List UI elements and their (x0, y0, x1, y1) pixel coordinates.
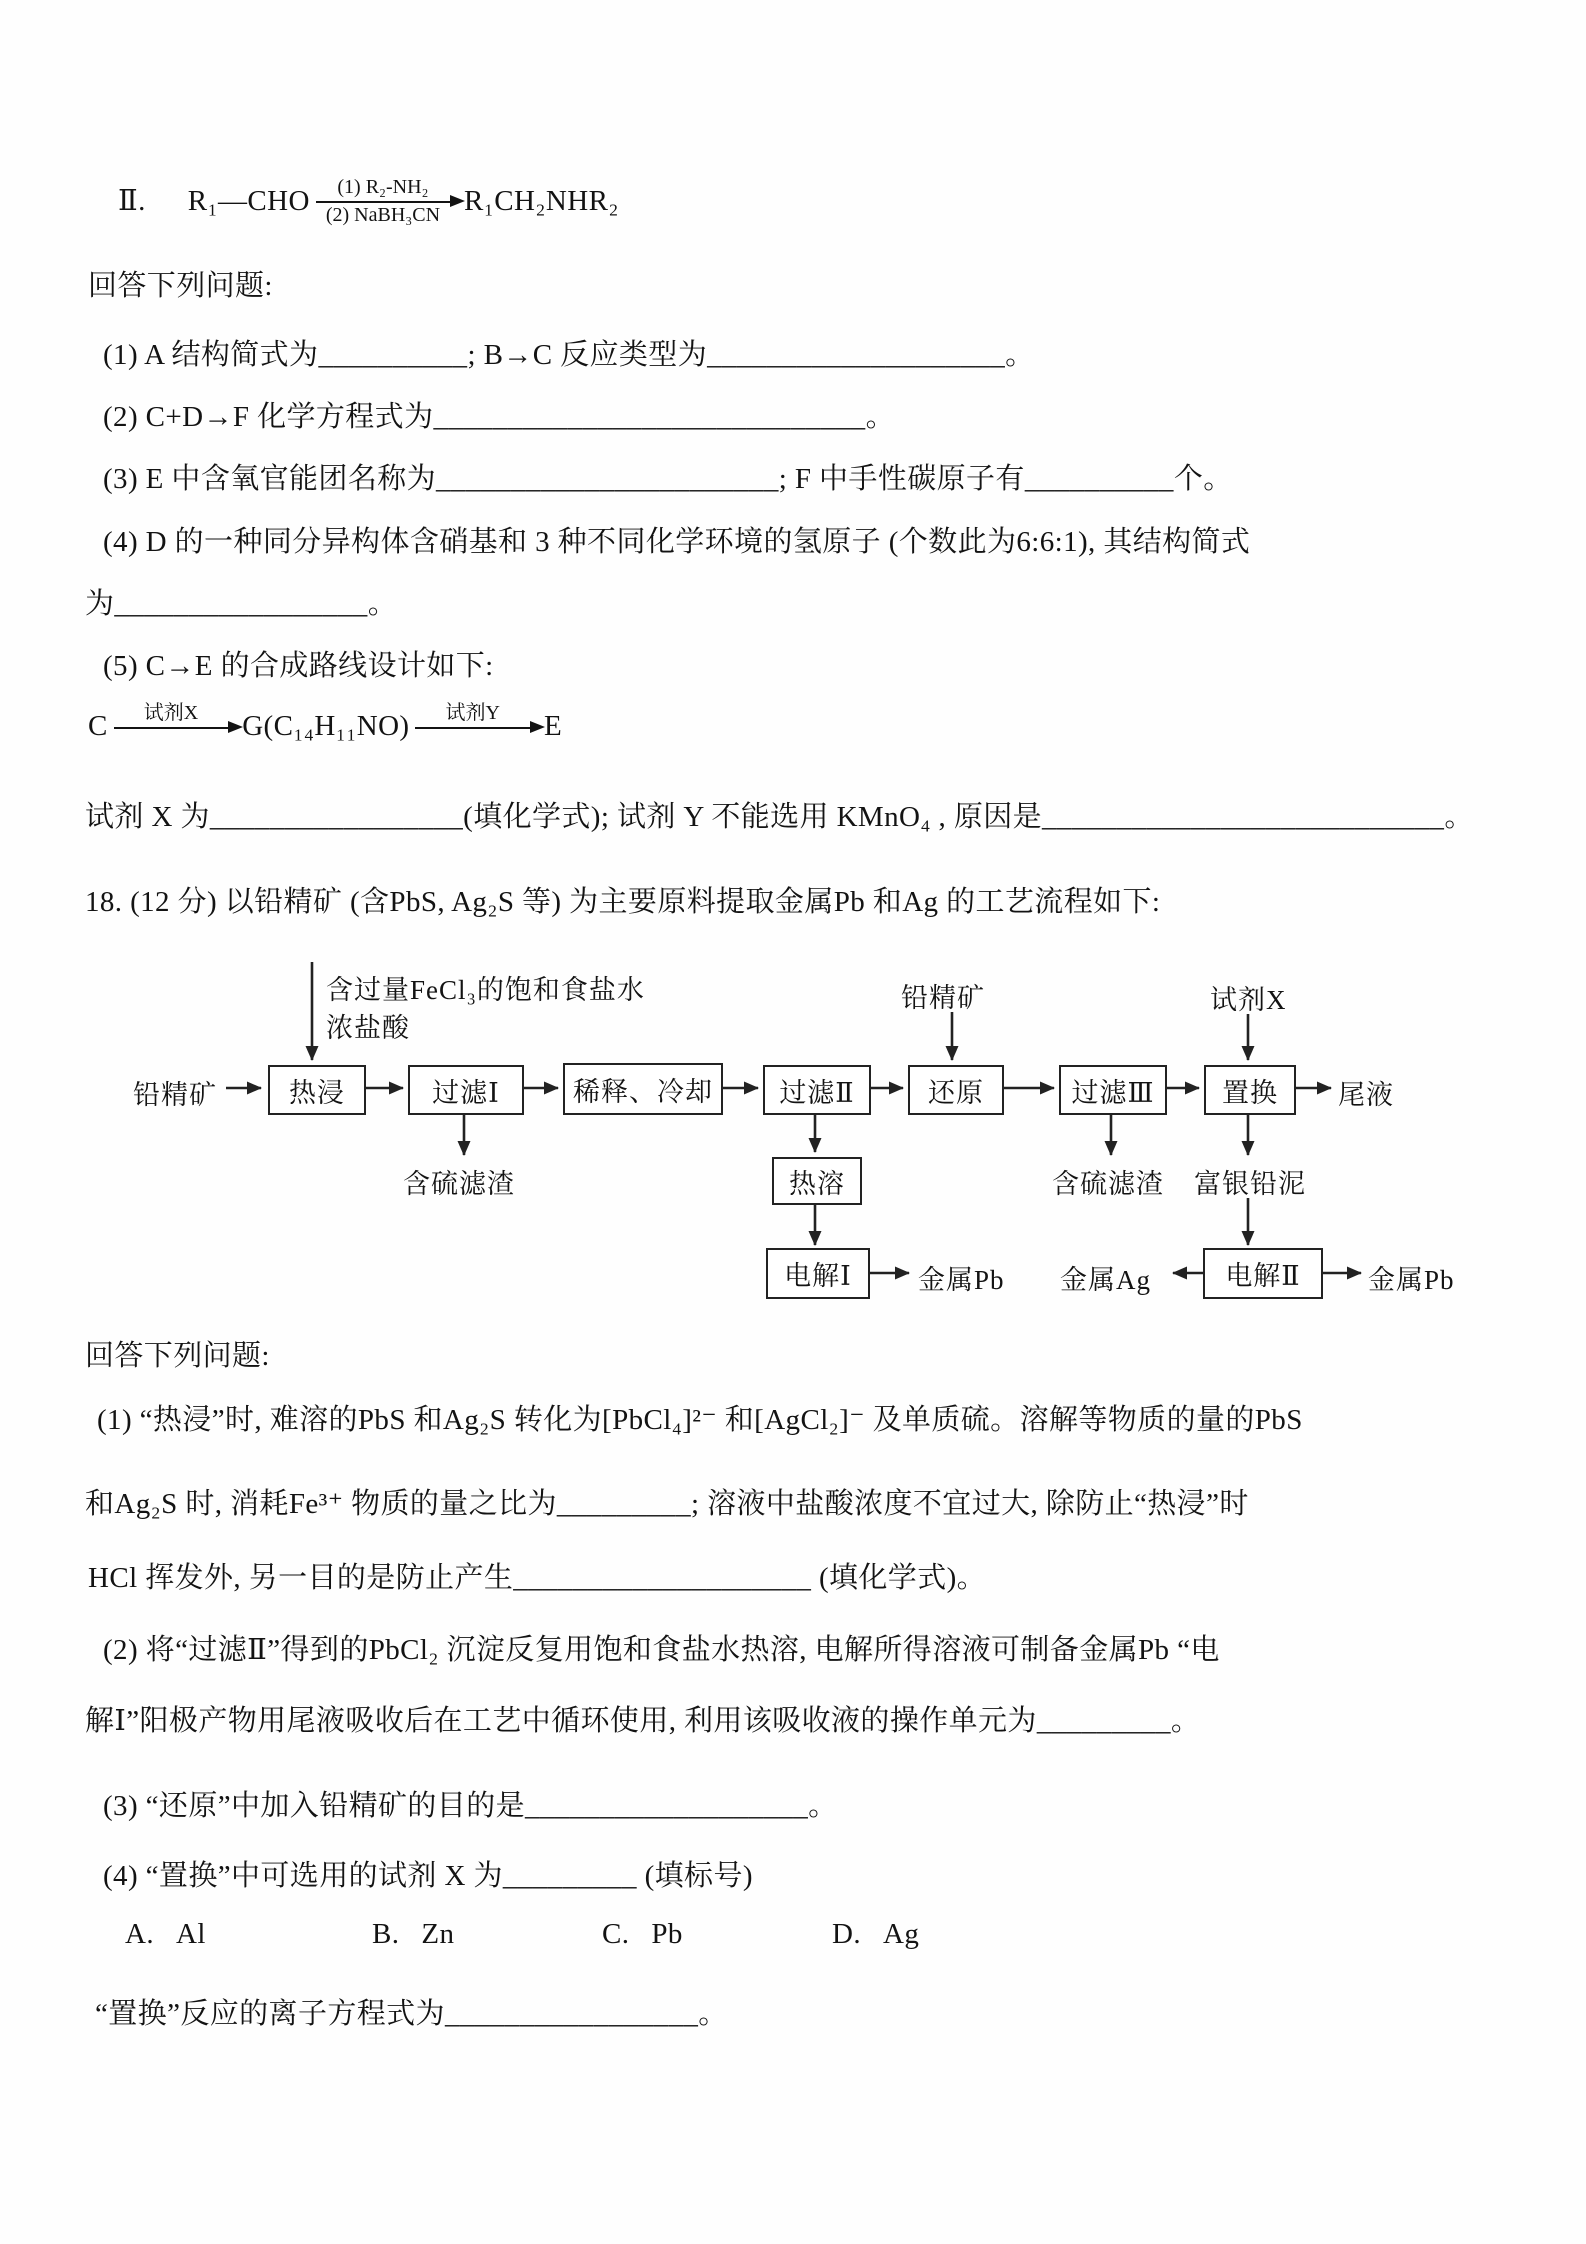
answer-prompt-17: 回答下列问题: (88, 268, 273, 304)
exam-page: Ⅱ. R₁—CHO (1) R₂-NH₂ (2) NaBH₃CN R₁CH₂NH… (0, 0, 1586, 2244)
option-b-label: Zn (421, 1916, 454, 1952)
question-17-1: (1) A 结构简式为__________; B→C 反应类型为________… (103, 337, 1035, 373)
question-17-4-line1: (4) D 的一种同分异构体含硝基和 3 种不同化学环境的氢原子 (个数此为6:… (103, 524, 1250, 560)
option-c-key: C. (602, 1916, 629, 1952)
flowchart-box-filter2: 过滤Ⅱ (763, 1065, 871, 1115)
scheme-label: Ⅱ. (118, 183, 146, 219)
option-a: A. Al (125, 1916, 206, 1952)
question-17-3: (3) E 中含氧官能团名称为_______________________; … (103, 461, 1233, 497)
reaction-arrow: (1) R₂-NH₂ (2) NaBH₃CN (316, 176, 450, 227)
question-18-1-line3: HCl 挥发外, 另一目的是防止产生____________________ (… (88, 1560, 986, 1596)
question-18-4: (4) “置换”中可选用的试剂 X 为_________ (填标号) (103, 1858, 753, 1894)
synthesis-start: C (88, 708, 108, 744)
question-18-1-line2: 和Ag₂S 时, 消耗Fe³⁺ 物质的量之比为_________; 溶液中盐酸浓… (85, 1486, 1249, 1522)
condition-top: (1) R₂-NH₂ (327, 176, 438, 199)
question-18-3: (3) “还原”中加入铅精矿的目的是___________________。 (103, 1788, 838, 1824)
flowchart-box-reduce: 还原 (908, 1065, 1004, 1115)
feed-lead-ore-label: 铅精矿 (133, 1073, 217, 1112)
scheme-product: R₁CH₂NHR₂ (464, 183, 619, 219)
arrow-shaft (415, 727, 529, 729)
question-18-2-line1: (2) 将“过滤Ⅱ”得到的PbCl₂ 沉淀反复用饱和食盐水热溶, 电解所得溶液可… (103, 1632, 1220, 1668)
question-17-5: (5) C→E 的合成路线设计如下: (103, 648, 494, 684)
reagent-xy-line: 试剂 X 为_________________(填化学式); 试剂 Y 不能选用… (85, 799, 1474, 835)
flowchart-box-replace: 置换 (1204, 1065, 1296, 1115)
metal-pb-label-2: 金属Pb (1368, 1258, 1455, 1297)
sulfur-residue-label-1: 含硫滤渣 (403, 1162, 515, 1201)
metal-ag-label: 金属Ag (1060, 1258, 1151, 1297)
arrow-shaft (114, 727, 228, 729)
reagent-y-label: 试剂Y (415, 702, 529, 725)
process-flowchart: 铅精矿 含过量FeCl₃的饱和食盐水 浓盐酸 铅精矿 试剂X 尾液 含硫滤渣 含… (0, 950, 1586, 1315)
option-d-label: Ag (883, 1916, 919, 1952)
options-row: A. Al B. Zn C. Pb D. Ag (125, 1916, 1025, 1958)
answer-prompt-18: 回答下列问题: (85, 1338, 270, 1374)
question-18-5: “置换”反应的离子方程式为_________________。 (95, 1996, 728, 2032)
condition-bottom: (2) NaBH₃CN (316, 204, 450, 227)
synthesis-intermediate: G(C₁₄H₁₁NO) (242, 708, 409, 744)
sulfur-residue-label-2: 含硫滤渣 (1052, 1162, 1164, 1201)
feed-lead-ore-reduce-label: 铅精矿 (901, 976, 985, 1015)
flowchart-box-hot-dissolve: 热溶 (772, 1157, 862, 1205)
flowchart-box-electrolysis1: 电解Ⅰ (766, 1248, 870, 1299)
metal-pb-label-1: 金属Pb (918, 1258, 1005, 1297)
question-17-2: (2) C+D→F 化学方程式为________________________… (103, 399, 895, 435)
reagent-x-arrow: 试剂X (114, 702, 228, 750)
flowchart-box-electrolysis2: 电解Ⅱ (1203, 1248, 1323, 1299)
question-17-4-line2: 为_________________。 (85, 586, 397, 622)
option-a-label: Al (176, 1916, 206, 1952)
question-18-2-line2: 解Ⅰ”阳极产物用尾液吸收后在工艺中循环使用, 利用该吸收液的操作单元为_____… (85, 1703, 1200, 1739)
synthesis-end: E (544, 708, 562, 744)
option-a-key: A. (125, 1916, 154, 1952)
arrow-shaft (316, 201, 450, 203)
reagent-x-input-label: 试剂X (1210, 978, 1287, 1017)
reagent-y-arrow: 试剂Y (415, 702, 529, 750)
option-b: B. Zn (372, 1916, 454, 1952)
option-c-label: Pb (651, 1916, 682, 1952)
question-18-heading: 18. (12 分) 以铅精矿 (含PbS, Ag₂S 等) 为主要原料提取金属… (85, 884, 1160, 920)
option-c: C. Pb (602, 1916, 683, 1952)
flowchart-box-hot-leach: 热浸 (268, 1065, 366, 1115)
flowchart-box-filter3: 过滤Ⅲ (1059, 1065, 1167, 1115)
flowchart-box-filter1: 过滤Ⅰ (408, 1065, 524, 1115)
tail-liquid-label: 尾液 (1338, 1073, 1394, 1112)
option-d-key: D. (832, 1916, 861, 1952)
silver-lead-mud-label: 富银铅泥 (1194, 1162, 1306, 1201)
reaction-scheme-ii: Ⅱ. R₁—CHO (1) R₂-NH₂ (2) NaBH₃CN R₁CH₂NH… (118, 176, 619, 227)
top-input-line2: 浓盐酸 (326, 1006, 410, 1045)
option-d: D. Ag (832, 1916, 919, 1952)
option-b-key: B. (372, 1916, 399, 1952)
synthesis-route: C 试剂X G(C₁₄H₁₁NO) 试剂Y E (88, 702, 562, 750)
scheme-reactant: R₁—CHO (188, 183, 310, 219)
question-18-1-line1: (1) “热浸”时, 难溶的PbS 和Ag₂S 转化为[PbCl₄]²⁻ 和[A… (97, 1402, 1303, 1438)
top-input-line1: 含过量FeCl₃的饱和食盐水 (326, 968, 645, 1007)
flowchart-box-dilute-cool: 稀释、冷却 (563, 1063, 723, 1115)
reagent-x-label: 试剂X (114, 702, 228, 725)
